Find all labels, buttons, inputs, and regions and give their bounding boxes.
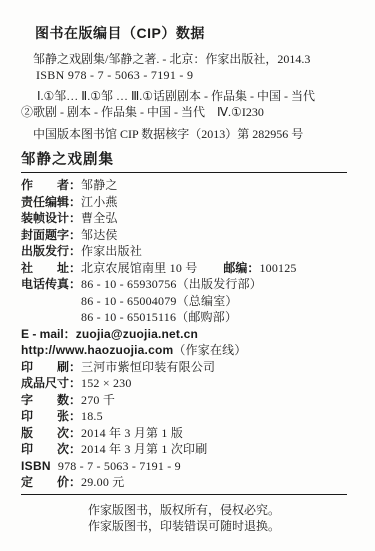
- row-editor-label: 责任编辑：: [21, 194, 81, 211]
- row-edition-label: 版 次：: [21, 425, 81, 442]
- row-phone-2: 86 - 10 - 65004079（总编室）: [21, 293, 347, 310]
- cip-isbn-line: ISBN 978 - 7 - 5063 - 7191 - 9: [36, 67, 347, 83]
- row-sheets-label: 印 张：: [21, 408, 81, 425]
- row-printing-value: 2014 年 3 月第 1 次印刷: [81, 442, 207, 456]
- cip-heading: 图书在版编目（CIP）数据: [35, 24, 347, 42]
- row-designer-value: 曹全弘: [81, 211, 118, 225]
- row-address-value: 北京农展馆南里 10 号: [81, 261, 197, 275]
- row-designer: 装帧设计：曹全弘: [21, 210, 347, 227]
- row-printer: 印 刷：三河市紫恒印装有限公司: [21, 359, 347, 376]
- row-trim-size-label: 成品尺寸：: [21, 375, 81, 392]
- cip-class-line2: ②歌剧 - 剧本 - 作品集 - 中国 - 当代 Ⅳ.①I230: [21, 105, 347, 121]
- row-website: http://www.haozuojia.com（作家在线）: [21, 342, 347, 359]
- row-cover-calligraphy-label: 封面题字：: [21, 227, 81, 244]
- row-trim-size: 成品尺寸：152 × 230: [21, 375, 347, 392]
- row-editor-value: 江小燕: [81, 195, 118, 209]
- row-address-label: 社 址：: [21, 260, 81, 277]
- row-isbn-label: ISBN: [21, 458, 51, 475]
- publication-info: 作 者：邹静之 责任编辑：江小燕 装帧设计：曹全弘 封面题字：邹达侯 出版发行：…: [21, 177, 347, 491]
- row-printing: 印 次：2014 年 3 月第 1 次印刷: [21, 441, 347, 458]
- row-phone-3: 86 - 10 - 65015116（邮购部）: [21, 309, 347, 326]
- row-edition: 版 次：2014 年 3 月第 1 版: [21, 425, 347, 442]
- row-sheets: 印 张：18.5: [21, 408, 347, 425]
- row-phone-fax: 电话传真：86 - 10 - 65930756（出版发行部）: [21, 276, 347, 293]
- row-sheets-value: 18.5: [81, 409, 103, 423]
- row-email-label: E - mail：: [21, 326, 76, 343]
- bottom-divider: [21, 494, 347, 495]
- row-phone-3-value: 86 - 10 - 65015116（邮购部）: [81, 310, 237, 324]
- notice-line-2: 作家版图书，印装错误可随时退换。: [21, 518, 347, 535]
- row-author-value: 邹静之: [81, 178, 118, 192]
- book-title: 邹静之戏剧集: [21, 152, 347, 169]
- notice-line-1: 作家版图书，版权所有，侵权必究。: [21, 502, 347, 519]
- row-word-count: 字 数：270 千: [21, 392, 347, 409]
- row-email-value: zuojia@zuojia.net.cn: [76, 327, 198, 341]
- cip-class-line1: Ⅰ.①邹… Ⅱ.①邹 … Ⅲ.①话剧剧本 - 作品集 - 中国 - 当代: [21, 89, 347, 105]
- cip-classification: Ⅰ.①邹… Ⅱ.①邹 … Ⅲ.①话剧剧本 - 作品集 - 中国 - 当代 ②歌剧…: [21, 89, 347, 120]
- row-publisher-label: 出版发行：: [21, 243, 81, 260]
- row-postcode-value: 100125: [259, 261, 296, 275]
- copyright-page: 图书在版编目（CIP）数据 邹静之戏剧集/邹静之著. - 北京：作家出版社，20…: [0, 0, 375, 551]
- row-editor: 责任编辑：江小燕: [21, 194, 347, 211]
- row-phone-fax-value: 86 - 10 - 65930756（出版发行部）: [81, 277, 262, 291]
- row-cover-calligraphy-value: 邹达侯: [81, 228, 118, 242]
- row-email: E - mail：zuojia@zuojia.net.cn: [21, 326, 347, 343]
- row-phone-fax-label: 电话传真：: [21, 276, 81, 293]
- row-designer-label: 装帧设计：: [21, 210, 81, 227]
- copyright-notices: 作家版图书，版权所有，侵权必究。 作家版图书，印装错误可随时退换。: [21, 502, 347, 535]
- row-printer-label: 印 刷：: [21, 359, 81, 376]
- row-price: 定 价：29.00 元: [21, 474, 347, 491]
- row-isbn-value: 978 - 7 - 5063 - 7191 - 9: [58, 459, 181, 473]
- row-trim-size-value: 152 × 230: [81, 376, 132, 390]
- row-printer-value: 三河市紫恒印装有限公司: [81, 360, 215, 374]
- row-word-count-value: 270 千: [81, 393, 115, 407]
- row-postcode-label: 邮编：: [223, 260, 259, 277]
- row-price-value: 29.00 元: [81, 475, 124, 489]
- row-author: 作 者：邹静之: [21, 177, 347, 194]
- row-phone-2-value: 86 - 10 - 65004079（总编室）: [81, 294, 238, 308]
- row-website-note: （作家在线）: [173, 343, 246, 357]
- row-author-label: 作 者：: [21, 177, 81, 194]
- row-address: 社 址：北京农展馆南里 10 号邮编：100125: [21, 260, 347, 277]
- row-edition-value: 2014 年 3 月第 1 版: [81, 426, 183, 440]
- row-website-url: http://www.haozuojia.com: [21, 343, 173, 357]
- row-word-count-label: 字 数：: [21, 392, 81, 409]
- title-divider: [21, 172, 347, 173]
- row-publisher: 出版发行：作家出版社: [21, 243, 347, 260]
- row-publisher-value: 作家出版社: [81, 244, 142, 258]
- cip-entry-line: 邹静之戏剧集/邹静之著. - 北京：作家出版社，2014.3: [33, 51, 347, 67]
- row-cover-calligraphy: 封面题字：邹达侯: [21, 227, 347, 244]
- row-price-label: 定 价：: [21, 474, 81, 491]
- row-isbn: ISBN978 - 7 - 5063 - 7191 - 9: [21, 458, 347, 475]
- cip-block: 图书在版编目（CIP）数据 邹静之戏剧集/邹静之著. - 北京：作家出版社，20…: [21, 24, 347, 142]
- cip-record-number: 中国版本图书馆 CIP 数据核字（2013）第 282956 号: [33, 126, 347, 142]
- row-printing-label: 印 次：: [21, 441, 81, 458]
